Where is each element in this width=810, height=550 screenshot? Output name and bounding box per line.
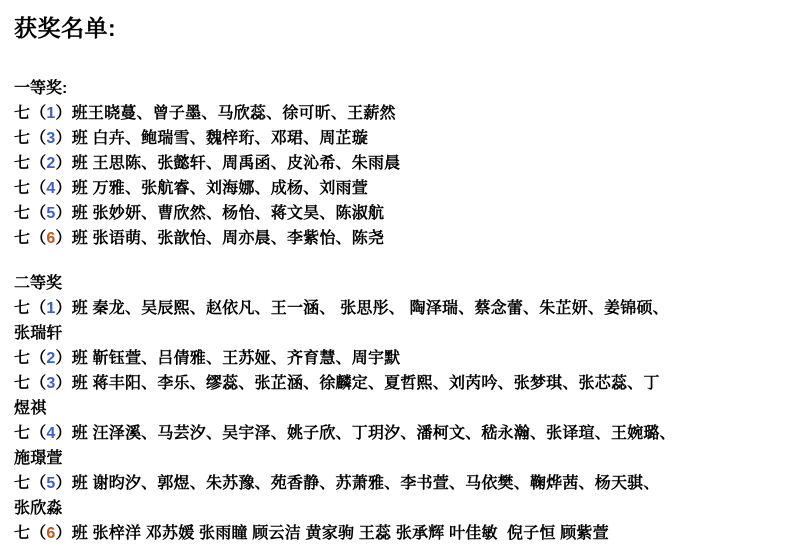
award-line-second-4: 七（4）班 汪泽溪、马芸汐、吴宇泽、姚子欣、丁玥汐、潘柯文、嵇永瀚、张译瑄、王婉… [14, 421, 802, 446]
award-line-first-1: 七（1）班王晓蔓、曾子墨、马欣蕊、徐可昕、王薪然 [14, 101, 802, 126]
award-line-first-2: 七（3）班 白卉、鲍瑞雪、魏梓珩、邓珺、周芷璇 [14, 126, 802, 151]
class-label-prefix: 七（ [14, 475, 46, 492]
class-number: 2 [46, 350, 55, 367]
class-label-prefix: 七（ [14, 300, 46, 317]
class-label-prefix: 七（ [14, 425, 46, 442]
class-number: 6 [46, 230, 55, 247]
class-label-prefix: 七（ [14, 155, 46, 172]
award-line-second-4-continuation: 施璟萱 [14, 446, 802, 471]
winner-names: ）班 靳钰萱、吕倩雅、王苏娅、齐育慧、周宇默 [56, 350, 401, 367]
class-number: 3 [46, 130, 55, 147]
award-line-second-1: 七（1）班 秦龙、吴辰熙、赵依凡、王一涵、 张思彤、 陶泽瑞、蔡念蕾、朱芷妍、姜… [14, 296, 802, 321]
award-line-first-6: 七（6）班 张语萌、张歆怡、周亦晨、李紫怡、陈尧 [14, 226, 802, 251]
winner-names: ）班 白卉、鲍瑞雪、魏梓珩、邓珺、周芷璇 [56, 130, 368, 147]
section-second-prize: 二等奖 七（1）班 秦龙、吴辰熙、赵依凡、王一涵、 张思彤、 陶泽瑞、蔡念蕾、朱… [14, 271, 802, 546]
winner-names: ）班 张梓洋 邓苏媛 张雨瞳 顾云洁 黄家驹 王蕊 张承辉 叶佳敏 倪子恒 顾紫… [56, 525, 609, 542]
winner-names: 张瑞轩 [14, 325, 63, 342]
winner-names: ）班 张语萌、张歆怡、周亦晨、李紫怡、陈尧 [56, 230, 385, 247]
class-number: 1 [46, 300, 55, 317]
class-number: 5 [46, 475, 55, 492]
class-number: 3 [46, 375, 55, 392]
winner-names: ）班 秦龙、吴辰熙、赵依凡、王一涵、 张思彤、 陶泽瑞、蔡念蕾、朱芷妍、姜锦硕、 [56, 300, 669, 317]
award-line-second-5-continuation: 张欣淼 [14, 496, 802, 521]
award-line-second-2: 七（2）班 靳钰萱、吕倩雅、王苏娅、齐育慧、周宇默 [14, 346, 802, 371]
award-line-second-3: 七（3）班 蒋丰阳、李乐、缪蕊、张芷涵、徐麟定、夏哲熙、刘芮吟、张梦琪、张芯蕊、… [14, 371, 802, 396]
class-label-prefix: 七（ [14, 130, 46, 147]
document-page: 获奖名单: 一等奖: 七（1）班王晓蔓、曾子墨、马欣蕊、徐可昕、王薪然 七（3）… [0, 0, 810, 546]
award-line-second-3-continuation: 煜祺 [14, 396, 802, 421]
page-title: 获奖名单: [14, 12, 802, 44]
section-heading-second-prize: 二等奖 [14, 271, 802, 296]
class-number: 4 [46, 425, 55, 442]
award-line-second-6: 七（6）班 张梓洋 邓苏媛 张雨瞳 顾云洁 黄家驹 王蕊 张承辉 叶佳敏 倪子恒… [14, 521, 802, 546]
winner-names: ）班 张妙妍、曹欣然、杨怡、蒋文昊、陈淑航 [56, 205, 385, 222]
award-line-first-5: 七（5）班 张妙妍、曹欣然、杨怡、蒋文昊、陈淑航 [14, 201, 802, 226]
winner-names: ）班 王思陈、张懿轩、周禹函、皮沁希、朱雨晨 [56, 155, 401, 172]
winner-names: ）班 汪泽溪、马芸汐、吴宇泽、姚子欣、丁玥汐、潘柯文、嵇永瀚、张译瑄、王婉璐、 [56, 425, 676, 442]
award-line-first-3: 七（2）班 王思陈、张懿轩、周禹函、皮沁希、朱雨晨 [14, 151, 802, 176]
award-line-second-1-continuation: 张瑞轩 [14, 321, 802, 346]
class-number: 5 [46, 205, 55, 222]
class-label-prefix: 七（ [14, 525, 46, 542]
winner-names: 张欣淼 [14, 500, 63, 517]
class-label-prefix: 七（ [14, 375, 46, 392]
class-number: 2 [46, 155, 55, 172]
section-first-prize: 一等奖: 七（1）班王晓蔓、曾子墨、马欣蕊、徐可昕、王薪然 七（3）班 白卉、鲍… [14, 76, 802, 251]
section-heading-first-prize: 一等奖: [14, 76, 802, 101]
class-number: 4 [46, 180, 55, 197]
class-label-prefix: 七（ [14, 205, 46, 222]
award-line-second-5: 七（5）班 谢昀汐、郭煜、朱苏豫、苑香静、苏萧雅、李书萱、马依樊、鞠烨茜、杨天骐… [14, 471, 802, 496]
winner-names: 施璟萱 [14, 450, 63, 467]
winner-names: ）班 谢昀汐、郭煜、朱苏豫、苑香静、苏萧雅、李书萱、马依樊、鞠烨茜、杨天骐、 [56, 475, 660, 492]
winner-names: 煜祺 [14, 400, 46, 417]
class-label-prefix: 七（ [14, 350, 46, 367]
class-label-prefix: 七（ [14, 105, 46, 122]
class-label-prefix: 七（ [14, 180, 46, 197]
winner-names: ）班王晓蔓、曾子墨、马欣蕊、徐可昕、王薪然 [56, 105, 396, 122]
class-number: 1 [46, 105, 55, 122]
class-number: 6 [46, 525, 55, 542]
winner-names: ）班 蒋丰阳、李乐、缪蕊、张芷涵、徐麟定、夏哲熙、刘芮吟、张梦琪、张芯蕊、丁 [56, 375, 660, 392]
award-line-first-4: 七（4）班 万雅、张航睿、刘海娜、成杨、刘雨萱 [14, 176, 802, 201]
winner-names: ）班 万雅、张航睿、刘海娜、成杨、刘雨萱 [56, 180, 368, 197]
class-label-prefix: 七（ [14, 230, 46, 247]
